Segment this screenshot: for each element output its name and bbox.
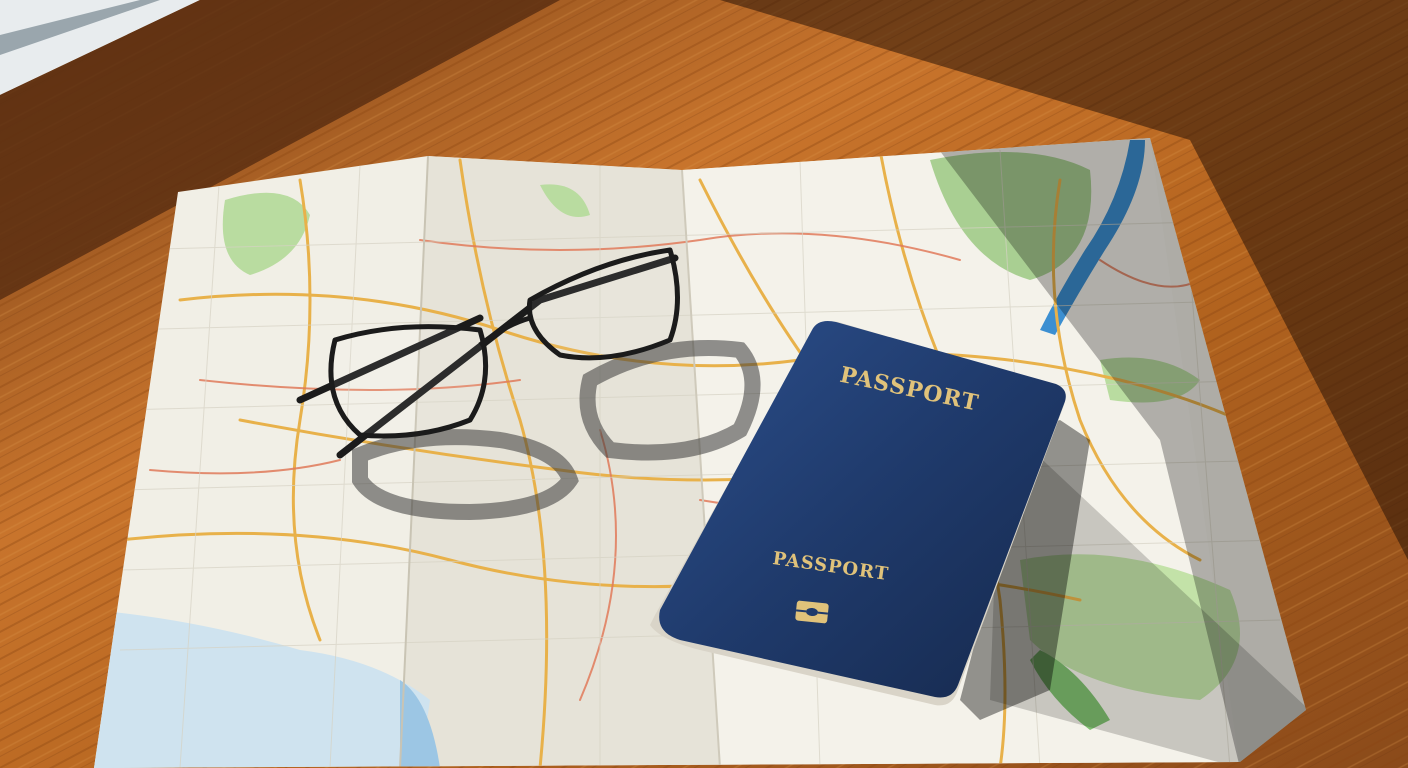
- biometric-chip-icon: [795, 600, 829, 623]
- travel-scene: PASSPORT PASSPORT: [0, 0, 1408, 768]
